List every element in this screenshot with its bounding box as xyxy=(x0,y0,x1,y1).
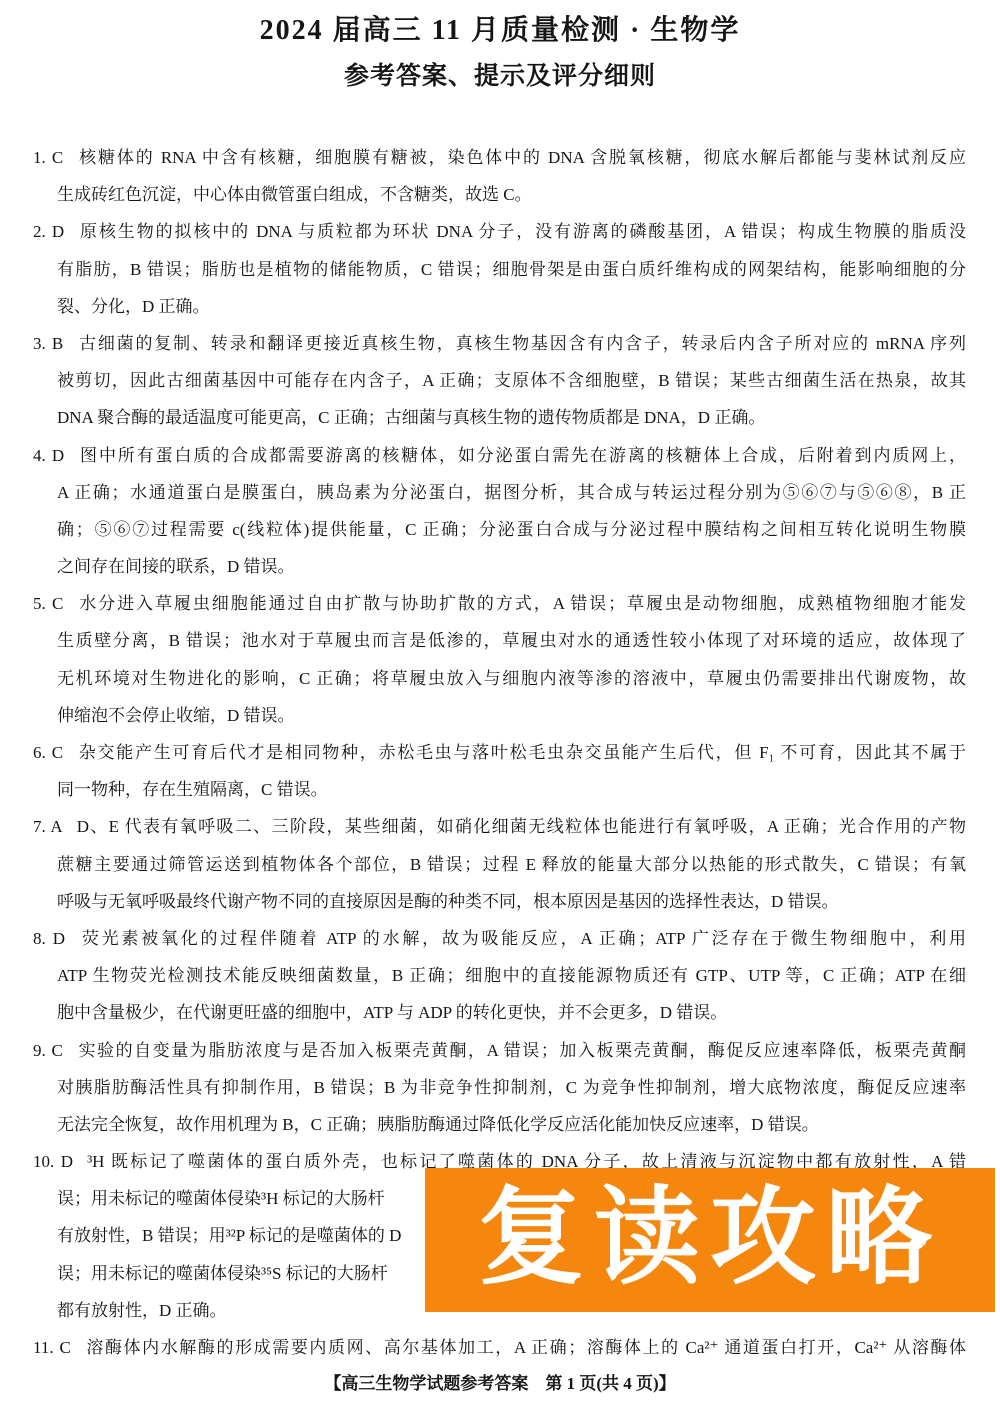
answer-item-1: 1. C核糖体的 RNA 中含有核糖，细胞膜有糖被，染色体中的 DNA 含脱氧核… xyxy=(33,139,966,213)
item-line: 生质壁分离，B 错误；池水对于草履虫而言是低渗的，草履虫对水的通透性较小体现了对… xyxy=(33,622,966,659)
item-line: 之间存在间接的联系，D 错误。 xyxy=(33,548,966,585)
page-subtitle: 参考答案、提示及评分细则 xyxy=(0,60,1000,94)
item-line: ATP 生物荧光检测技术能反映细菌数量，B 正确；细胞中的直接能源物质还有 GT… xyxy=(33,957,966,994)
page-footer: 【高三生物学试题参考答案 第 1 页(共 4 页)】 xyxy=(0,1372,1000,1396)
item-line: 有脂肪，B 错误；脂肪也是植物的储能物质，C 错误；细胞骨架是由蛋白质纤维构成的… xyxy=(33,251,966,288)
answer-item-6: 6. C杂交能产生可育后代才是相同物种，赤松毛虫与落叶松毛虫杂交虽能产生后代，但… xyxy=(33,734,966,808)
item-line: 无法完全恢复，故作用机理为 B，C 正确；胰脂肪酶通过降低化学反应活化能加快反应… xyxy=(33,1106,966,1143)
item-label: 5. C xyxy=(33,594,63,613)
item-line: 伸缩泡不会停止收缩，D 错误。 xyxy=(33,697,966,734)
item-line: 9. C实验的自变量为脂肪浓度与是否加入板栗壳黄酮，A 错误；加入板栗壳黄酮，酶… xyxy=(33,1032,966,1069)
item-text: 水分进入草履虫细胞能通过自由扩散与协助扩散的方式，A 错误；草履虫是动物细胞，成… xyxy=(77,594,966,613)
item-label: 2. D xyxy=(33,222,64,241)
item-line: 确；⑤⑥⑦过程需要 c(线粒体)提供能量，C 正确；分泌蛋白合成与分泌过程中膜结… xyxy=(33,511,966,548)
item-label: 7. A xyxy=(33,817,63,836)
item-line: 2. D原核生物的拟核中的 DNA 与质粒都为环状 DNA 分子，没有游离的磷酸… xyxy=(33,213,966,250)
item-text: 杂交能产生可育后代才是相同物种，赤松毛虫与落叶松毛虫杂交虽能产生后代，但 F₁ … xyxy=(77,743,966,762)
item-line: 5. C水分进入草履虫细胞能通过自由扩散与协助扩散的方式，A 错误；草履虫是动物… xyxy=(33,585,966,622)
item-line: 无机环境对生物进化的影响，C 正确；将草履虫放入与细胞内液等渗的溶液中，草履虫仍… xyxy=(33,660,966,697)
item-label: 1. C xyxy=(33,148,63,167)
item-line: 1. C核糖体的 RNA 中含有核糖，细胞膜有糖被，染色体中的 DNA 含脱氧核… xyxy=(33,139,966,176)
page-title: 2024 届高三 11 月质量检测 · 生物学 xyxy=(0,0,1000,48)
item-line: 裂、分化，D 正确。 xyxy=(33,288,966,325)
item-text: 原核生物的拟核中的 DNA 与质粒都为环状 DNA 分子，没有游离的磷酸基团，A… xyxy=(78,222,966,241)
item-label: 8. D xyxy=(33,929,65,948)
item-text: 溶酶体内水解酶的形成需要内质网、高尔基体加工，A 正确；溶酶体上的 Ca²⁺ 通… xyxy=(85,1338,966,1357)
item-line: 同一物种，存在生殖隔离，C 错误。 xyxy=(33,771,966,808)
watermark-banner: 复读攻略 xyxy=(425,1168,995,1312)
item-line: 11. C溶酶体内水解酶的形成需要内质网、高尔基体加工，A 正确；溶酶体上的 C… xyxy=(33,1329,966,1366)
item-label: 6. C xyxy=(33,743,63,762)
item-text: 核糖体的 RNA 中含有核糖，细胞膜有糖被，染色体中的 DNA 含脱氧核糖，彻底… xyxy=(77,148,966,167)
answer-item-5: 5. C水分进入草履虫细胞能通过自由扩散与协助扩散的方式，A 错误；草履虫是动物… xyxy=(33,585,966,734)
item-text: 图中所有蛋白质的合成都需要游离的核糖体，如分泌蛋白需先在游离的核糖体上合成，后附… xyxy=(78,446,966,465)
item-label: 11. C xyxy=(33,1338,71,1357)
item-line: 7. AD、E 代表有氧呼吸二、三阶段，某些细菌，如硝化细菌无线粒体也能进行有氧… xyxy=(33,808,966,845)
item-text: 荧光素被氧化的过程伴随着 ATP 的水解，故为吸能反应，A 正确；ATP 广泛存… xyxy=(79,929,966,948)
item-line: 蔗糖主要通过筛管运送到植物体各个部位，B 错误；过程 E 释放的能量大部分以热能… xyxy=(33,846,966,883)
answer-item-8: 8. D荧光素被氧化的过程伴随着 ATP 的水解，故为吸能反应，A 正确；ATP… xyxy=(33,920,966,1032)
item-line: 4. D图中所有蛋白质的合成都需要游离的核糖体，如分泌蛋白需先在游离的核糖体上合… xyxy=(33,437,966,474)
item-label: 3. B xyxy=(33,334,63,353)
item-line: 生成砖红色沉淀，中心体由微管蛋白组成，不含糖类，故选 C。 xyxy=(33,176,966,213)
item-line: 胞中含量极少，在代谢更旺盛的细胞中，ATP 与 ADP 的转化更快，并不会更多，… xyxy=(33,994,966,1031)
answer-item-3: 3. B古细菌的复制、转录和翻译更接近真核生物，真核生物基因含有内含子，转录后内… xyxy=(33,325,966,437)
answer-item-7: 7. AD、E 代表有氧呼吸二、三阶段，某些细菌，如硝化细菌无线粒体也能进行有氧… xyxy=(33,808,966,920)
item-line: 被剪切，因此古细菌基因中可能存在内含子，A 正确；支原体不含细胞壁，B 错误；某… xyxy=(33,362,966,399)
item-line: DNA 聚合酶的最适温度可能更高，C 正确；古细菌与真核生物的遗传物质都是 DN… xyxy=(33,399,966,436)
item-line: A 正确；水通道蛋白是膜蛋白，胰岛素为分泌蛋白，据图分析，其合成与转运过程分别为… xyxy=(33,474,966,511)
item-line: 8. D荧光素被氧化的过程伴随着 ATP 的水解，故为吸能反应，A 正确；ATP… xyxy=(33,920,966,957)
item-text: 实验的自变量为脂肪浓度与是否加入板栗壳黄酮，A 错误；加入板栗壳黄酮，酶促反应速… xyxy=(77,1041,966,1060)
item-label: 10. D xyxy=(33,1152,73,1171)
item-line: 3. B古细菌的复制、转录和翻译更接近真核生物，真核生物基因含有内含子，转录后内… xyxy=(33,325,966,362)
item-label: 4. D xyxy=(33,446,64,465)
item-label: 9. C xyxy=(33,1041,63,1060)
item-text: 古细菌的复制、转录和翻译更接近真核生物，真核生物基因含有内含子，转录后内含子所对… xyxy=(77,334,966,353)
item-line: 6. C杂交能产生可育后代才是相同物种，赤松毛虫与落叶松毛虫杂交虽能产生后代，但… xyxy=(33,734,966,771)
answer-item-11: 11. C溶酶体内水解酶的形成需要内质网、高尔基体加工，A 正确；溶酶体上的 C… xyxy=(33,1329,966,1366)
answer-item-9: 9. C实验的自变量为脂肪浓度与是否加入板栗壳黄酮，A 错误；加入板栗壳黄酮，酶… xyxy=(33,1032,966,1144)
answer-item-4: 4. D图中所有蛋白质的合成都需要游离的核糖体，如分泌蛋白需先在游离的核糖体上合… xyxy=(33,437,966,586)
item-line: 对胰脂肪酶活性具有抑制作用，B 错误；B 为非竞争性抑制剂，C 为竞争性抑制剂，… xyxy=(33,1069,966,1106)
answer-item-2: 2. D原核生物的拟核中的 DNA 与质粒都为环状 DNA 分子，没有游离的磷酸… xyxy=(33,213,966,325)
item-text: D、E 代表有氧呼吸二、三阶段，某些细菌，如硝化细菌无线粒体也能进行有氧呼吸，A… xyxy=(77,817,966,836)
item-line: 呼吸与无氧呼吸最终代谢产物不同的直接原因是酶的种类不同，根本原因是基因的选择性表… xyxy=(33,883,966,920)
